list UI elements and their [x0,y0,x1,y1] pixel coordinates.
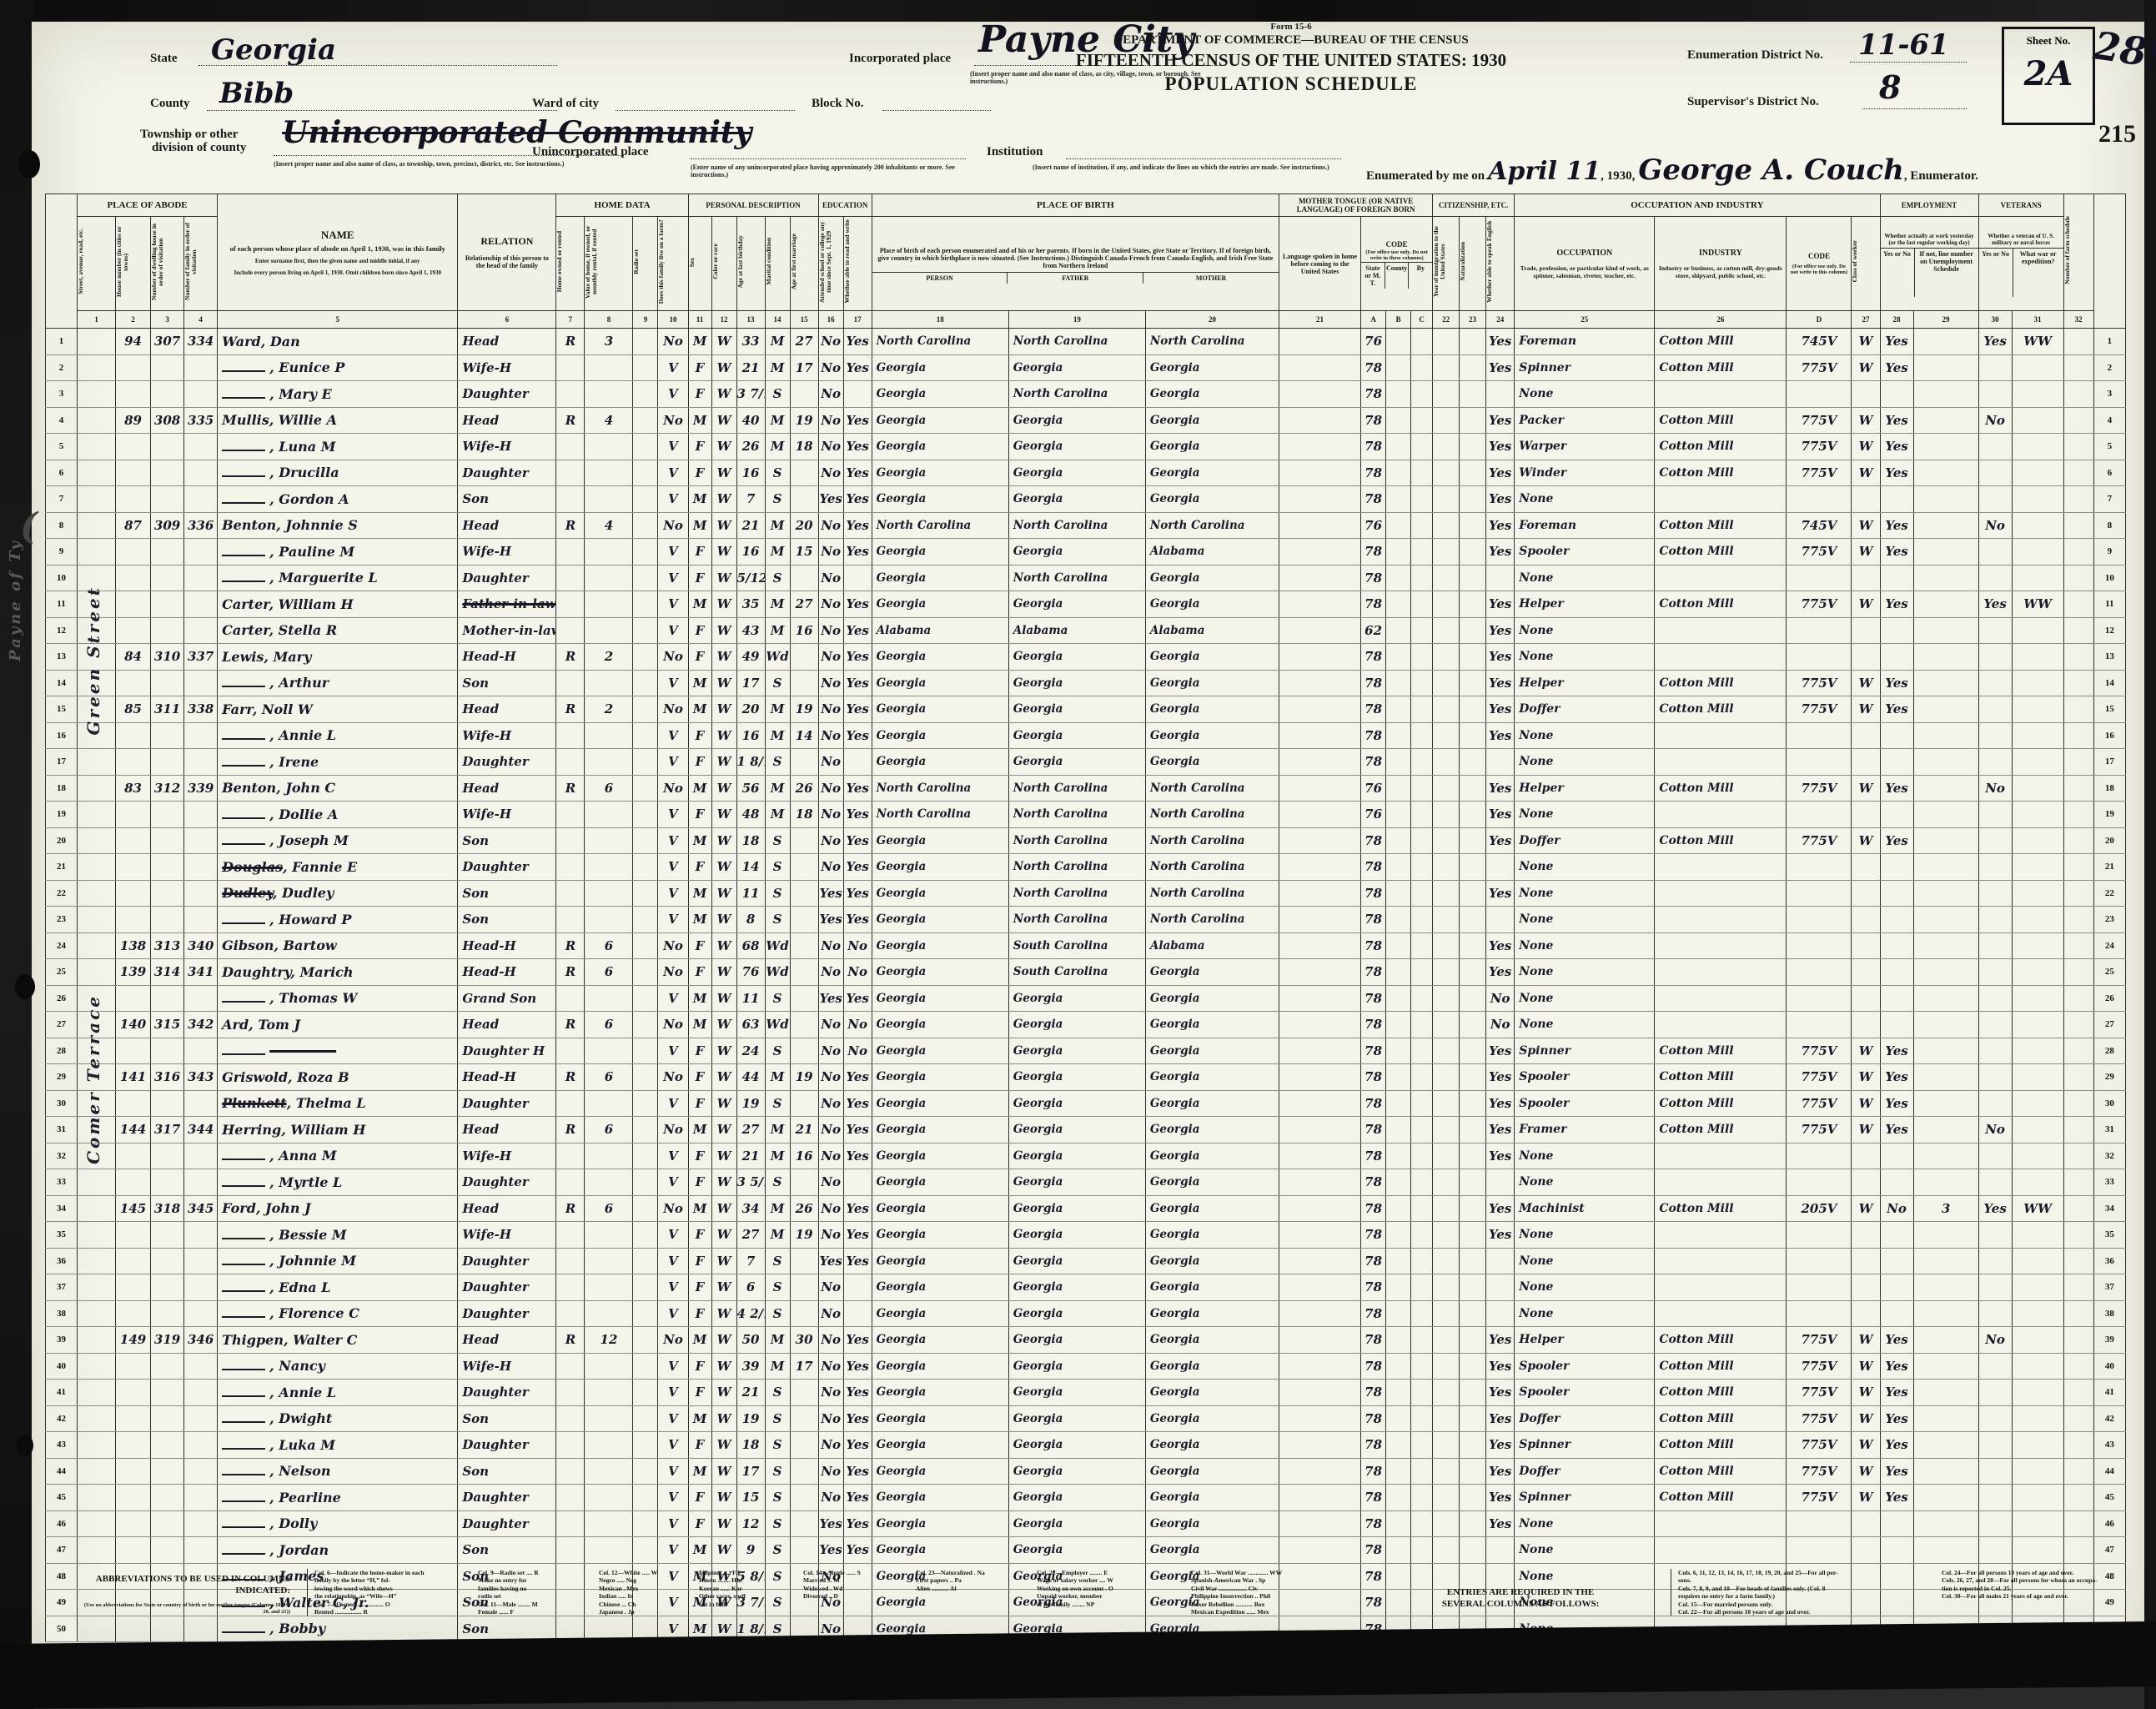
cell-fs [2063,1353,2093,1380]
cell-sch: Yes [818,1537,843,1564]
cell-cc [1411,1248,1433,1274]
cell-cb [1386,407,1411,434]
cell-war [2012,1485,2063,1511]
cell-rad [633,827,658,854]
cell-ca: 78 [1361,1143,1386,1169]
cell-war: WW [2012,591,2063,618]
cell-ocd: 775V [1787,1432,1852,1459]
group-veterans: VETERANS [1978,194,2063,217]
cell-ind: Cotton Mill [1655,1064,1787,1091]
cell-fs [2063,802,2093,828]
cell-relation: Father-in-law [458,591,556,618]
cell-rw: Yes [843,880,872,907]
cell-ca: 78 [1361,1064,1386,1091]
cell-bp: Alabama [872,617,1008,644]
cell-fs [2063,696,2093,723]
cell-f: 344 [184,1117,218,1144]
cell-emp: No [1880,1195,1913,1222]
cell-age: 21 [736,512,765,539]
cell-ind: Cotton Mill [1655,1458,1787,1485]
cell-bm: Georgia [1145,1248,1279,1274]
cell-mar: M [765,802,790,828]
table-row: 16, Annie LWife-HVFW16M14NoYesGeorgiaGeo… [46,722,2126,749]
cell-farm: V [658,1537,688,1564]
cell-race: W [711,434,736,460]
cell-h [116,354,151,381]
cell-c22 [1433,827,1460,854]
cell-rw: Yes [843,1432,872,1459]
cell-bp: Georgia [872,1300,1008,1327]
cell-cb [1386,1248,1411,1274]
cell-sex: F [688,1222,711,1249]
cell-d: 310 [151,644,184,671]
cell-cc [1411,1353,1433,1380]
cell-bp: Georgia [872,1117,1008,1144]
cell-war [2012,1117,2063,1144]
cell-ind: Cotton Mill [1655,434,1787,460]
cell-cb [1386,907,1411,933]
cell-rw: Yes [843,1195,872,1222]
cell-age: 16 [736,460,765,486]
cell-emp [1880,722,1913,749]
cell-vet [1978,932,2012,959]
cell-own [556,1143,585,1169]
cell-bf: Georgia [1008,460,1145,486]
cell-bp: Georgia [872,932,1008,959]
cell-c23 [1460,802,1486,828]
cell-bp: North Carolina [872,802,1008,828]
cell-c22 [1433,696,1460,723]
cell-occ: None [1515,1274,1655,1301]
cell-c22 [1433,1510,1460,1537]
cell-unemp [1913,1222,1978,1249]
cell-unemp [1913,512,1978,539]
line-number-right: 17 [2093,749,2125,776]
cell-h [116,1405,151,1432]
cell-emp [1880,749,1913,776]
cell-fs [2063,1405,2093,1432]
street-name-note-2: Comer Terrace [83,994,103,1164]
cell-d [151,854,184,881]
cell-c23 [1460,1169,1486,1196]
cell-bp: Georgia [872,1274,1008,1301]
cell-f [184,1274,218,1301]
cell-lang [1279,1143,1361,1169]
cell-ca: 78 [1361,644,1386,671]
cell-cc [1411,775,1433,802]
cell-cb [1386,644,1411,671]
cell-ca: 78 [1361,985,1386,1012]
cell-unemp [1913,1300,1978,1327]
cell-f [184,670,218,696]
cell-bm: Georgia [1145,1485,1279,1511]
cell-afm [790,1485,818,1511]
cell-cb [1386,932,1411,959]
cell-cls: W [1852,1458,1880,1485]
cell-lang [1279,775,1361,802]
cell-eng: Yes [1486,802,1515,828]
cell-afm [790,854,818,881]
cell-race: W [711,1274,736,1301]
cell-street [78,1380,116,1406]
cell-h [116,381,151,408]
cell-emp: Yes [1880,696,1913,723]
cell-farm: V [658,1485,688,1511]
cell-bm: Georgia [1145,1090,1279,1117]
cell-lang [1279,1380,1361,1406]
cell-sch: No [818,670,843,696]
cell-ind [1655,1012,1787,1038]
cell-ocd [1787,907,1852,933]
cell-race: W [711,1510,736,1537]
col-name: NAME of each person whose place of abode… [218,194,458,311]
col-veteran-war: What war or expedition? [2013,249,2063,297]
cell-own [556,1380,585,1406]
cell-ocd: 775V [1787,1353,1852,1380]
cell-unemp [1913,1458,1978,1485]
cell-bp: Georgia [872,1458,1008,1485]
cell-emp [1880,907,1913,933]
cell-own [556,1353,585,1380]
cell-mar: M [765,1195,790,1222]
cell-ca: 78 [1361,1405,1386,1432]
cell-cls: W [1852,329,1880,355]
cell-own [556,434,585,460]
cell-val [585,1432,633,1459]
cell-val: 6 [585,1012,633,1038]
cell-val [585,565,633,591]
column-number: 18 [872,311,1008,329]
cell-vet: No [1978,1327,2012,1354]
cell-unemp [1913,749,1978,776]
cell-sex: F [688,617,711,644]
cell-afm: 19 [790,407,818,434]
cell-name: Gibson, Bartow [218,932,458,959]
cell-val: 3 [585,329,633,355]
table-row: 22Dudley, DudleySonVMW11SYesYesGeorgiaNo… [46,880,2126,907]
cell-fs [2063,644,2093,671]
line-number-right: 38 [2093,1300,2125,1327]
cell-h: 85 [116,696,151,723]
cell-occ: None [1515,1143,1655,1169]
cell-sch: No [818,1143,843,1169]
cell-sch: No [818,1222,843,1249]
cell-farm: No [658,644,688,671]
cell-bp: Georgia [872,1195,1008,1222]
cell-c22 [1433,1327,1460,1354]
cell-f [184,1380,218,1406]
cell-farm: No [658,775,688,802]
cell-c22 [1433,407,1460,434]
cell-sex: F [688,1169,711,1196]
cell-occ: None [1515,749,1655,776]
col-sex: Sex [688,217,711,311]
cell-d: 312 [151,775,184,802]
cell-afm [790,827,818,854]
cell-mar: Wd [765,644,790,671]
cell-emp: Yes [1880,512,1913,539]
cell-mar: S [765,1038,790,1064]
line-number-right: 4 [2093,407,2125,434]
cell-rw: Yes [843,486,872,513]
column-number: 5 [218,311,458,329]
cell-h: 139 [116,959,151,986]
cell-bm: Georgia [1145,1327,1279,1354]
cell-f [184,802,218,828]
col-language: Language spoken in home before coming to… [1279,217,1361,311]
cell-age: 9 [736,1537,765,1564]
cell-unemp [1913,1143,1978,1169]
cell-bf: North Carolina [1008,802,1145,828]
cell-lang [1279,539,1361,565]
cell-ind [1655,1510,1787,1537]
cell-own [556,1458,585,1485]
table-row: 28—————Daughter HVFW24SNoNoGeorgiaGeorgi… [46,1038,2126,1064]
cell-c23 [1460,644,1486,671]
cell-rw [843,1300,872,1327]
cell-c23 [1460,1458,1486,1485]
cell-rw: Yes [843,1353,872,1380]
cell-sch: No [818,1300,843,1327]
column-number: 20 [1145,311,1279,329]
cell-ocd: 775V [1787,407,1852,434]
cell-occ: Spooler [1515,539,1655,565]
cell-emp: Yes [1880,827,1913,854]
cell-rad [633,486,658,513]
cell-farm: V [658,617,688,644]
cell-ocd: 775V [1787,827,1852,854]
line-number-left: 13 [46,644,78,671]
cell-rw: No [843,1012,872,1038]
cell-street [78,1327,116,1354]
cell-afm: 20 [790,512,818,539]
cell-cb [1386,1038,1411,1064]
abbrev-col-9-11: Col. 9—Radio set .... RMake no entry for… [478,1569,586,1616]
cell-emp [1880,1300,1913,1327]
cell-unemp [1913,565,1978,591]
cell-cc [1411,1222,1433,1249]
cell-street [78,354,116,381]
cell-ocd: 775V [1787,1485,1852,1511]
table-row: 34145318345Ford, John JHeadR6NoMW34M26No… [46,1195,2126,1222]
cell-cls: W [1852,354,1880,381]
cell-d [151,1485,184,1511]
cell-war [2012,1458,2063,1485]
cell-war [2012,749,2063,776]
cell-d: 314 [151,959,184,986]
table-row: 29141316343Griswold, Roza BHead-HR6NoFW4… [46,1064,2126,1091]
cell-cls: W [1852,775,1880,802]
line-number-left: 48 [46,1563,78,1590]
cell-cb [1386,512,1411,539]
cell-name: Benton, John C [218,775,458,802]
table-row: 10, Marguerite LDaughterVFW5/12SNoGeorgi… [46,565,2126,591]
line-number-right: 40 [2093,1353,2125,1380]
cell-farm: No [658,407,688,434]
cell-d: 316 [151,1064,184,1091]
cell-bp: Georgia [872,854,1008,881]
cell-cb [1386,1064,1411,1091]
cell-ocd: 775V [1787,460,1852,486]
cell-cc [1411,1117,1433,1144]
cell-c22 [1433,565,1460,591]
cell-eng: Yes [1486,1353,1515,1380]
line-number-right: 21 [2093,854,2125,881]
cell-sch: No [818,802,843,828]
cell-fs [2063,1222,2093,1249]
cell-ocd: 745V [1787,329,1852,355]
cell-rw: Yes [843,985,872,1012]
cell-sch: No [818,932,843,959]
cell-ocd: 775V [1787,434,1852,460]
cell-bm: North Carolina [1145,802,1279,828]
cell-emp [1880,565,1913,591]
cell-mar: M [765,1064,790,1091]
cell-cc [1411,854,1433,881]
sheet-value: 2A [2004,54,2093,93]
line-number-left: 43 [46,1432,78,1459]
cell-cls: W [1852,512,1880,539]
cell-c22 [1433,1380,1460,1406]
county-line [207,110,557,111]
cell-vet [1978,617,2012,644]
cell-war [2012,670,2063,696]
line-number-left: 30 [46,1090,78,1117]
cell-sch: No [818,1405,843,1432]
line-number-right: 33 [2093,1169,2125,1196]
cell-farm: V [658,1510,688,1537]
cell-fs [2063,932,2093,959]
cell-rw: Yes [843,907,872,933]
cell-emp [1880,1143,1913,1169]
cell-street [78,880,116,907]
cell-ind: Cotton Mill [1655,670,1787,696]
cell-farm: V [658,1432,688,1459]
cell-sch: No [818,407,843,434]
cell-f [184,1248,218,1274]
cell-eng: Yes [1486,407,1515,434]
cell-mar: M [765,407,790,434]
cell-afm: 18 [790,434,818,460]
cell-sch: No [818,1012,843,1038]
cell-bp: Georgia [872,1012,1008,1038]
cell-ind: Cotton Mill [1655,1405,1787,1432]
cell-cc [1411,880,1433,907]
cell-sex: M [688,907,711,933]
cell-age: 18 [736,827,765,854]
cell-ca: 78 [1361,959,1386,986]
col-home-owned: Home owned or rented [556,217,585,311]
block-label: Block No. [812,97,864,111]
cell-c23 [1460,985,1486,1012]
col-home-value: Value of home, if owned, or monthly rent… [585,217,633,311]
cell-eng [1486,1537,1515,1564]
cell-ca: 78 [1361,1038,1386,1064]
cell-sch: No [818,1090,843,1117]
cell-ca: 78 [1361,381,1386,408]
cell-c23 [1460,1012,1486,1038]
line-number-right: 23 [2093,907,2125,933]
cell-c22 [1433,1537,1460,1564]
cell-name: ————— [218,1038,458,1064]
col-code-state: State or M. T. [1361,263,1385,289]
cell-bp: Georgia [872,985,1008,1012]
cell-val: 6 [585,1117,633,1144]
cell-bm: North Carolina [1145,907,1279,933]
cell-h [116,1537,151,1564]
enumerated-line: Enumerated by me on April 11, 1930, Geor… [1366,153,1978,187]
cell-c22 [1433,591,1460,618]
cell-fs [2063,907,2093,933]
cell-bf: North Carolina [1008,329,1145,355]
cell-cb [1386,854,1411,881]
cell-cc [1411,539,1433,565]
cell-own [556,1248,585,1274]
cell-occ: Spinner [1515,354,1655,381]
cell-age: 4 2/12 [736,1300,765,1327]
cell-afm [790,670,818,696]
line-number-left: 20 [46,827,78,854]
cell-f [184,1537,218,1564]
cell-afm [790,985,818,1012]
cell-emp: Yes [1880,1380,1913,1406]
cell-d [151,670,184,696]
cell-fs [2063,1485,2093,1511]
cell-cc [1411,722,1433,749]
cell-sch: No [818,644,843,671]
cell-rw: Yes [843,1510,872,1537]
line-number-right: 30 [2093,1090,2125,1117]
cell-sch: No [818,1274,843,1301]
cell-rel: Wife-H [458,1222,556,1249]
abbrev-col-6-7: Col. 6—Indicate the home-maker in eachfa… [307,1569,473,1616]
cell-age: 17 [736,1458,765,1485]
cell-afm [790,1510,818,1537]
cell-own: R [556,696,585,723]
cell-street [78,1485,116,1511]
cell-lang [1279,565,1361,591]
cell-ca: 78 [1361,1274,1386,1301]
line-number-left: 2 [46,354,78,381]
cell-ca: 78 [1361,486,1386,513]
table-row: 23, Howard PSonVMW8SYesYesGeorgiaNorth C… [46,907,2126,933]
cell-war [2012,617,2063,644]
cell-eng [1486,1248,1515,1274]
cell-afm [790,486,818,513]
cell-race: W [711,1012,736,1038]
cell-rad [633,539,658,565]
table-row: 37, Edna LDaughterVFW6SNoGeorgiaGeorgiaG… [46,1274,2126,1301]
cell-bp: Georgia [872,1038,1008,1064]
cell-rel: Head-H [458,644,556,671]
cell-cc [1411,670,1433,696]
cell-ca: 78 [1361,460,1386,486]
census-rows: 194307334Ward, DanHeadR3NoMW33M27NoYesNo… [46,329,2126,1642]
cell-name: , Mary E [218,381,458,408]
line-number-right: 16 [2093,722,2125,749]
cell-age: 20 [736,696,765,723]
cell-rad [633,1327,658,1354]
cell-eng [1486,565,1515,591]
cell-farm: V [658,802,688,828]
cell-farm: V [658,381,688,408]
cell-cls: W [1852,1405,1880,1432]
column-numbers-row: 123456789101112131415161718192021ABC2223… [46,311,2126,329]
line-number-left: 35 [46,1222,78,1249]
cell-cb [1386,1143,1411,1169]
institution-line [1066,158,1341,159]
cell-f [184,985,218,1012]
